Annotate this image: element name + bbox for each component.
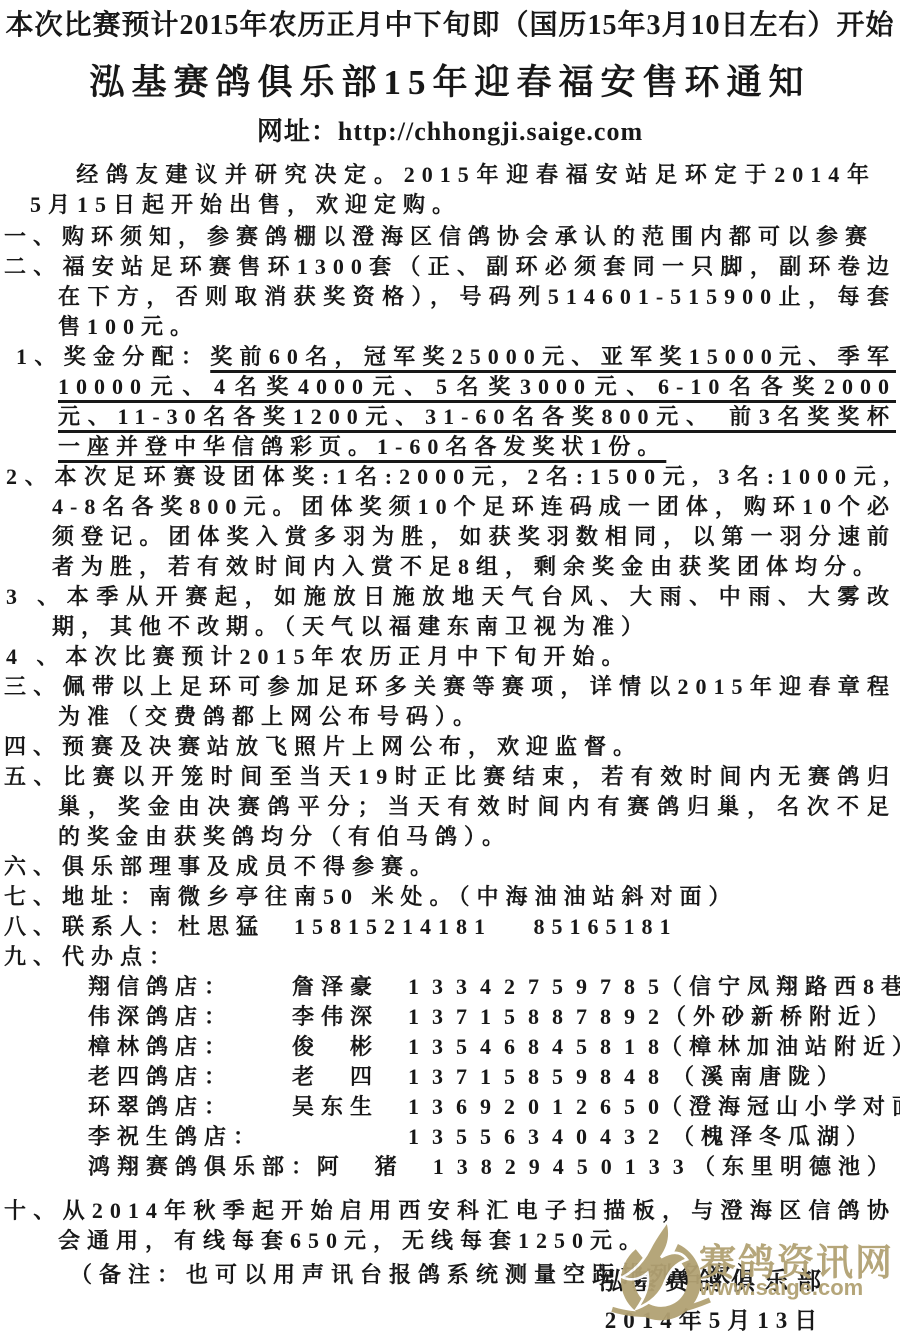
item-marker: 七、 xyxy=(4,884,62,909)
website-label: 网址： xyxy=(257,117,338,146)
agent-note: （澄海冠山小学对面） xyxy=(660,1092,900,1122)
pigeon-logo-icon xyxy=(609,1221,713,1325)
item-marker: 十、 xyxy=(4,1198,63,1223)
item-text: 本次足环赛设团体奖:1名:2000元, 2名:1500元, 3名:1000元, … xyxy=(52,464,896,579)
list-item: 九、代办点： xyxy=(4,942,896,972)
agent-person: 吴东生 xyxy=(292,1092,408,1122)
agent-phone: 13715859848 xyxy=(408,1062,672,1092)
agent-note: （外砂新桥附近） xyxy=(664,1002,896,1032)
list-item: 伟深鸽店：李伟深13715887892（外砂新桥附近） xyxy=(88,1002,896,1032)
agent-note: （信宁凤翔路西8巷） xyxy=(660,972,900,1002)
agent-phone: 13546845818 xyxy=(408,1032,660,1062)
agent-note: （樟林加油站附近） xyxy=(660,1032,900,1062)
top-banner-line: 本次比赛预计2015年农历正月中下旬即（国历15年3月10日左右）开始 xyxy=(4,6,896,45)
notice-page: 本次比赛预计2015年农历正月中下旬即（国历15年3月10日左右）开始 泓基赛鸽… xyxy=(0,0,900,1339)
list-item: 八、联系人：杜思猛 15815214181 85165181 xyxy=(4,912,896,942)
agent-shop: 环翠鸽店： xyxy=(88,1092,292,1122)
agent-shop: 翔信鸽店： xyxy=(88,972,292,1002)
list-item: 3 、本季从开赛起，如施放日施放地天气台风、大雨、中雨、大雾改期，其他不改期。（… xyxy=(6,582,896,642)
item-text: 联系人：杜思猛 15815214181 85165181 xyxy=(62,914,678,939)
item-text: 佩带以上足环可参加足环多关赛等赛项，详情以2015年迎春章程为准（交费鸽都上网公… xyxy=(58,674,896,729)
list-item: 翔信鸽店：詹泽豪13342759785（信宁凤翔路西8巷） xyxy=(88,972,896,1002)
watermark: 赛鸽资讯网 www.saige.com xyxy=(609,1221,894,1325)
website-url: http://chhongji.saige.com xyxy=(338,117,643,146)
item-text: 福安站足环赛售环1300套（正、副环必须套同一只脚，副环卷边在下方，否则取消获奖… xyxy=(58,254,896,339)
item-marker: 3 、 xyxy=(6,584,67,609)
watermark-text: 赛鸽资讯网 www.saige.com xyxy=(699,1245,894,1301)
agent-shop: 伟深鸽店： xyxy=(88,1002,292,1032)
item-marker: 4 、 xyxy=(6,644,66,669)
intro-paragraph: 经鸽友建议并研究决定。2015年迎春福安站足环定于2014年5月15日起开始出售… xyxy=(30,160,876,220)
notice-item-list: 一、购环须知，参赛鸽棚以澄海区信鸽协会承认的范围内都可以参赛 二、福安站足环赛售… xyxy=(4,222,896,972)
agent-phone: 13715887892 xyxy=(408,1002,664,1032)
item-text-lead: 奖金分配： xyxy=(64,344,211,369)
item-text: 比赛以开笼时间至当天19时正比赛结束，若有效时间内无赛鸽归巢，奖金由决赛鸽平分；… xyxy=(58,764,896,849)
item-text: 购环须知，参赛鸽棚以澄海区信鸽协会承认的范围内都可以参赛 xyxy=(62,224,874,249)
page-title: 泓基赛鸽俱乐部15年迎春福安售环通知 xyxy=(4,55,896,105)
agent-person: 老 四 xyxy=(292,1062,408,1092)
list-item: 1、奖金分配：奖前60名，冠军奖25000元、亚军奖15000元、季军10000… xyxy=(16,342,896,462)
list-item: 一、购环须知，参赛鸽棚以澄海区信鸽协会承认的范围内都可以参赛 xyxy=(4,222,896,252)
agent-shop: 李祝生鸽店： xyxy=(88,1122,292,1152)
agent-phone: 13556340432 xyxy=(408,1122,672,1152)
agent-phone: 13342759785 xyxy=(408,972,660,1002)
list-item: 老四鸽店：老 四13715859848（溪南唐陇） xyxy=(88,1062,896,1092)
item-marker: 八、 xyxy=(4,914,62,939)
item-text: 代办点： xyxy=(62,944,178,969)
agent-phone: 13829450133 xyxy=(433,1152,693,1182)
list-item: 六、俱乐部理事及成员不得参赛。 xyxy=(4,852,896,882)
list-item: 2、本次足环赛设团体奖:1名:2000元, 2名:1500元, 3名:1000元… xyxy=(6,462,896,582)
item-marker: 2、 xyxy=(6,464,54,489)
website-line: 网址：http://chhongji.saige.com xyxy=(4,111,896,148)
agent-shop: 老四鸽店： xyxy=(88,1062,292,1092)
agent-note: （溪南唐陇） xyxy=(672,1062,846,1092)
item-marker: 一、 xyxy=(4,224,62,249)
list-item: 二、福安站足环赛售环1300套（正、副环必须套同一只脚，副环卷边在下方，否则取消… xyxy=(4,252,896,342)
list-item: 4 、本次比赛预计2015年农历正月中下旬开始。 xyxy=(6,642,896,672)
list-item: 四、预赛及决赛站放飞照片上网公布，欢迎监督。 xyxy=(4,732,896,762)
agent-shop: 樟林鸽店： xyxy=(88,1032,292,1062)
item-marker: 1、 xyxy=(16,344,64,369)
list-item: 三、佩带以上足环可参加足环多关赛等赛项，详情以2015年迎春章程为准（交费鸽都上… xyxy=(4,672,896,732)
agent-list: 翔信鸽店：詹泽豪13342759785（信宁凤翔路西8巷） 伟深鸽店：李伟深13… xyxy=(88,972,896,1182)
item-marker: 五、 xyxy=(4,764,63,789)
item-text: 地址：南微乡亭往南50 米处。（中海油油站斜对面） xyxy=(62,884,738,909)
agent-person xyxy=(292,1122,408,1152)
item-text: 预赛及决赛站放飞照片上网公布，欢迎监督。 xyxy=(62,734,642,759)
list-item: 樟林鸽店：俊 彬13546845818（樟林加油站附近） xyxy=(88,1032,896,1062)
item-marker: 六、 xyxy=(4,854,62,879)
list-item: 五、比赛以开笼时间至当天19时正比赛结束，若有效时间内无赛鸽归巢，奖金由决赛鸽平… xyxy=(4,762,896,852)
agent-shop: 鸿翔赛鸽俱乐部： xyxy=(88,1152,317,1182)
list-item: 李祝生鸽店：13556340432（槐泽冬瓜湖） xyxy=(88,1122,896,1152)
agent-person: 阿 猪 xyxy=(317,1152,433,1182)
item-marker: 二、 xyxy=(4,254,63,279)
agent-phone: 13692012650 xyxy=(408,1092,660,1122)
item-marker: 四、 xyxy=(4,734,62,759)
agent-person: 俊 彬 xyxy=(292,1032,408,1062)
agent-note: （东里明德池） xyxy=(693,1152,896,1182)
agent-person: 詹泽豪 xyxy=(292,972,408,1002)
item-text: 本季从开赛起，如施放日施放地天气台风、大雨、中雨、大雾改期，其他不改期。（天气以… xyxy=(52,584,896,639)
list-item: 七、地址：南微乡亭往南50 米处。（中海油油站斜对面） xyxy=(4,882,896,912)
item-text: 本次比赛预计2015年农历正月中下旬开始。 xyxy=(66,644,631,669)
agent-note: （槐泽冬瓜湖） xyxy=(672,1122,875,1152)
agent-person: 李伟深 xyxy=(292,1002,408,1032)
list-item: 鸿翔赛鸽俱乐部：阿 猪13829450133（东里明德池） xyxy=(88,1152,896,1182)
item-marker: 三、 xyxy=(4,674,63,699)
item-marker: 九、 xyxy=(4,944,62,969)
list-item: 环翠鸽店：吴东生13692012650（澄海冠山小学对面） xyxy=(88,1092,896,1122)
item-text: 俱乐部理事及成员不得参赛。 xyxy=(62,854,439,879)
